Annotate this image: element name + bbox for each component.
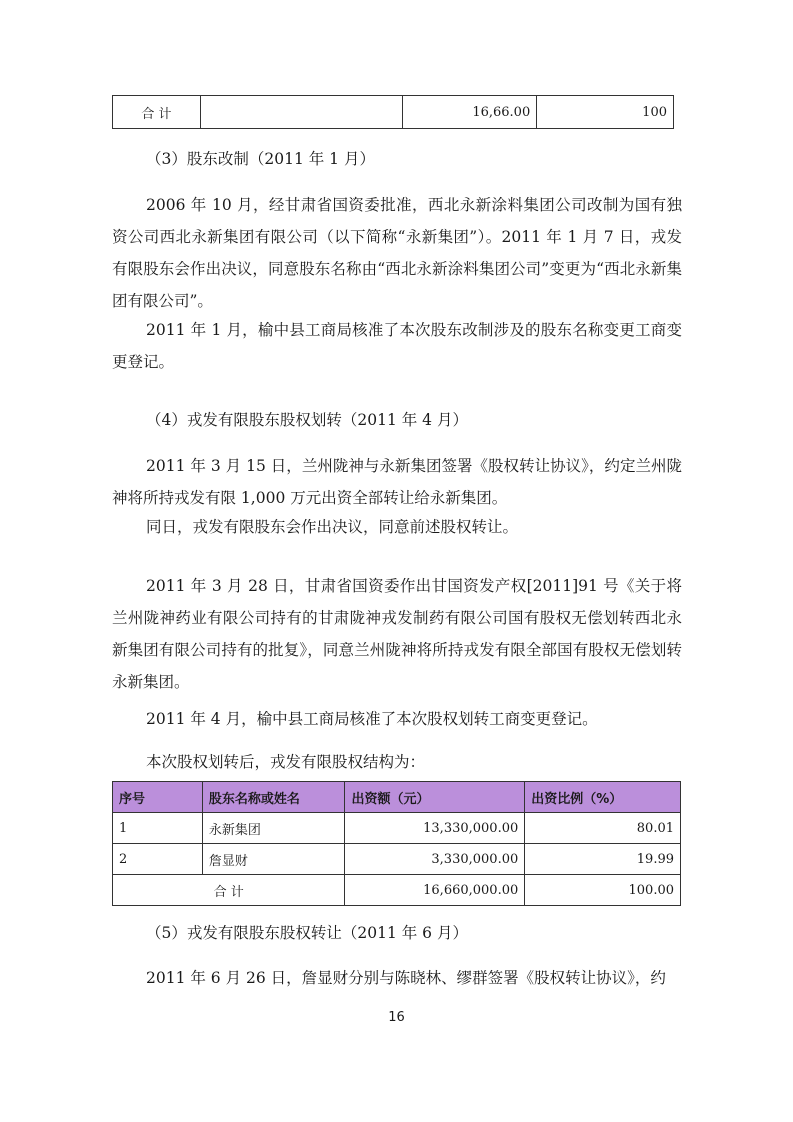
row-ratio: 19.99 (525, 844, 681, 875)
document-page: 合 计 16,66.00 100 （3）股东改制（2011 年 1 月） 200… (0, 0, 793, 1122)
row-ratio: 80.01 (525, 813, 681, 844)
paragraph: 2011 年 3 月 15 日，兰州陇神与永新集团签署《股权转让协议》，约定兰州… (112, 450, 682, 514)
header-ratio: 出资比例（%） (525, 782, 681, 813)
row-name: 詹显财 (202, 844, 345, 875)
paragraph: 2011 年 3 月 28 日，甘肃省国资委作出甘国资发产权[2011]91 号… (112, 570, 682, 698)
header-name: 股东名称或姓名 (202, 782, 345, 813)
header-no: 序号 (113, 782, 203, 813)
row-no: 2 (113, 844, 203, 875)
paragraph: 2011 年 4 月，榆中县工商局核准了本次股权划转工商变更登记。 (112, 703, 682, 735)
paragraph: 同日，戎发有限股东会作出决议，同意前述股权转让。 (112, 511, 682, 543)
paragraph: 2011 年 1 月，榆中县工商局核准了本次股东改制涉及的股东名称变更工商变更登… (112, 314, 682, 378)
section-heading-3: （3）股东改制（2011 年 1 月） (112, 143, 682, 175)
paragraph: 2006 年 10 月，经甘肃省国资委批准，西北永新涂料集团公司改制为国有独资公… (112, 189, 682, 317)
total-ratio: 100.00 (525, 875, 681, 906)
section-heading-5: （5）戎发有限股东股权转让（2011 年 6 月） (112, 917, 682, 949)
table-row: 1 永新集团 13,330,000.00 80.01 (113, 813, 681, 844)
total-label: 合 计 (113, 96, 201, 129)
paragraph: 2011 年 6 月 26 日，詹显财分别与陈晓林、缪群签署《股权转让协议》，约 (112, 962, 682, 994)
total-label: 合 计 (113, 875, 345, 906)
table-total-row: 合 计 16,660,000.00 100.00 (113, 875, 681, 906)
page-number: 16 (0, 1010, 793, 1025)
section-heading-4: （4）戎发有限股东股权划转（2011 年 4 月） (112, 404, 682, 436)
row-name: 永新集团 (202, 813, 345, 844)
table-header-row: 序号 股东名称或姓名 出资额（元） 出资比例（%） (113, 782, 681, 813)
total-ratio: 100 (537, 96, 674, 129)
total-amount: 16,66.00 (403, 96, 537, 129)
total-name-cell (200, 96, 403, 129)
header-amount: 出资额（元） (345, 782, 525, 813)
table-row: 2 詹显财 3,330,000.00 19.99 (113, 844, 681, 875)
equity-structure-table: 序号 股东名称或姓名 出资额（元） 出资比例（%） 1 永新集团 13,330,… (112, 781, 681, 906)
row-amount: 13,330,000.00 (345, 813, 525, 844)
row-no: 1 (113, 813, 203, 844)
row-amount: 3,330,000.00 (345, 844, 525, 875)
total-amount: 16,660,000.00 (345, 875, 525, 906)
previous-equity-table-tail: 合 计 16,66.00 100 (112, 95, 674, 129)
table-caption: 本次股权划转后，戎发有限股权结构为： (112, 746, 682, 778)
table-total-row: 合 计 16,66.00 100 (113, 96, 674, 129)
